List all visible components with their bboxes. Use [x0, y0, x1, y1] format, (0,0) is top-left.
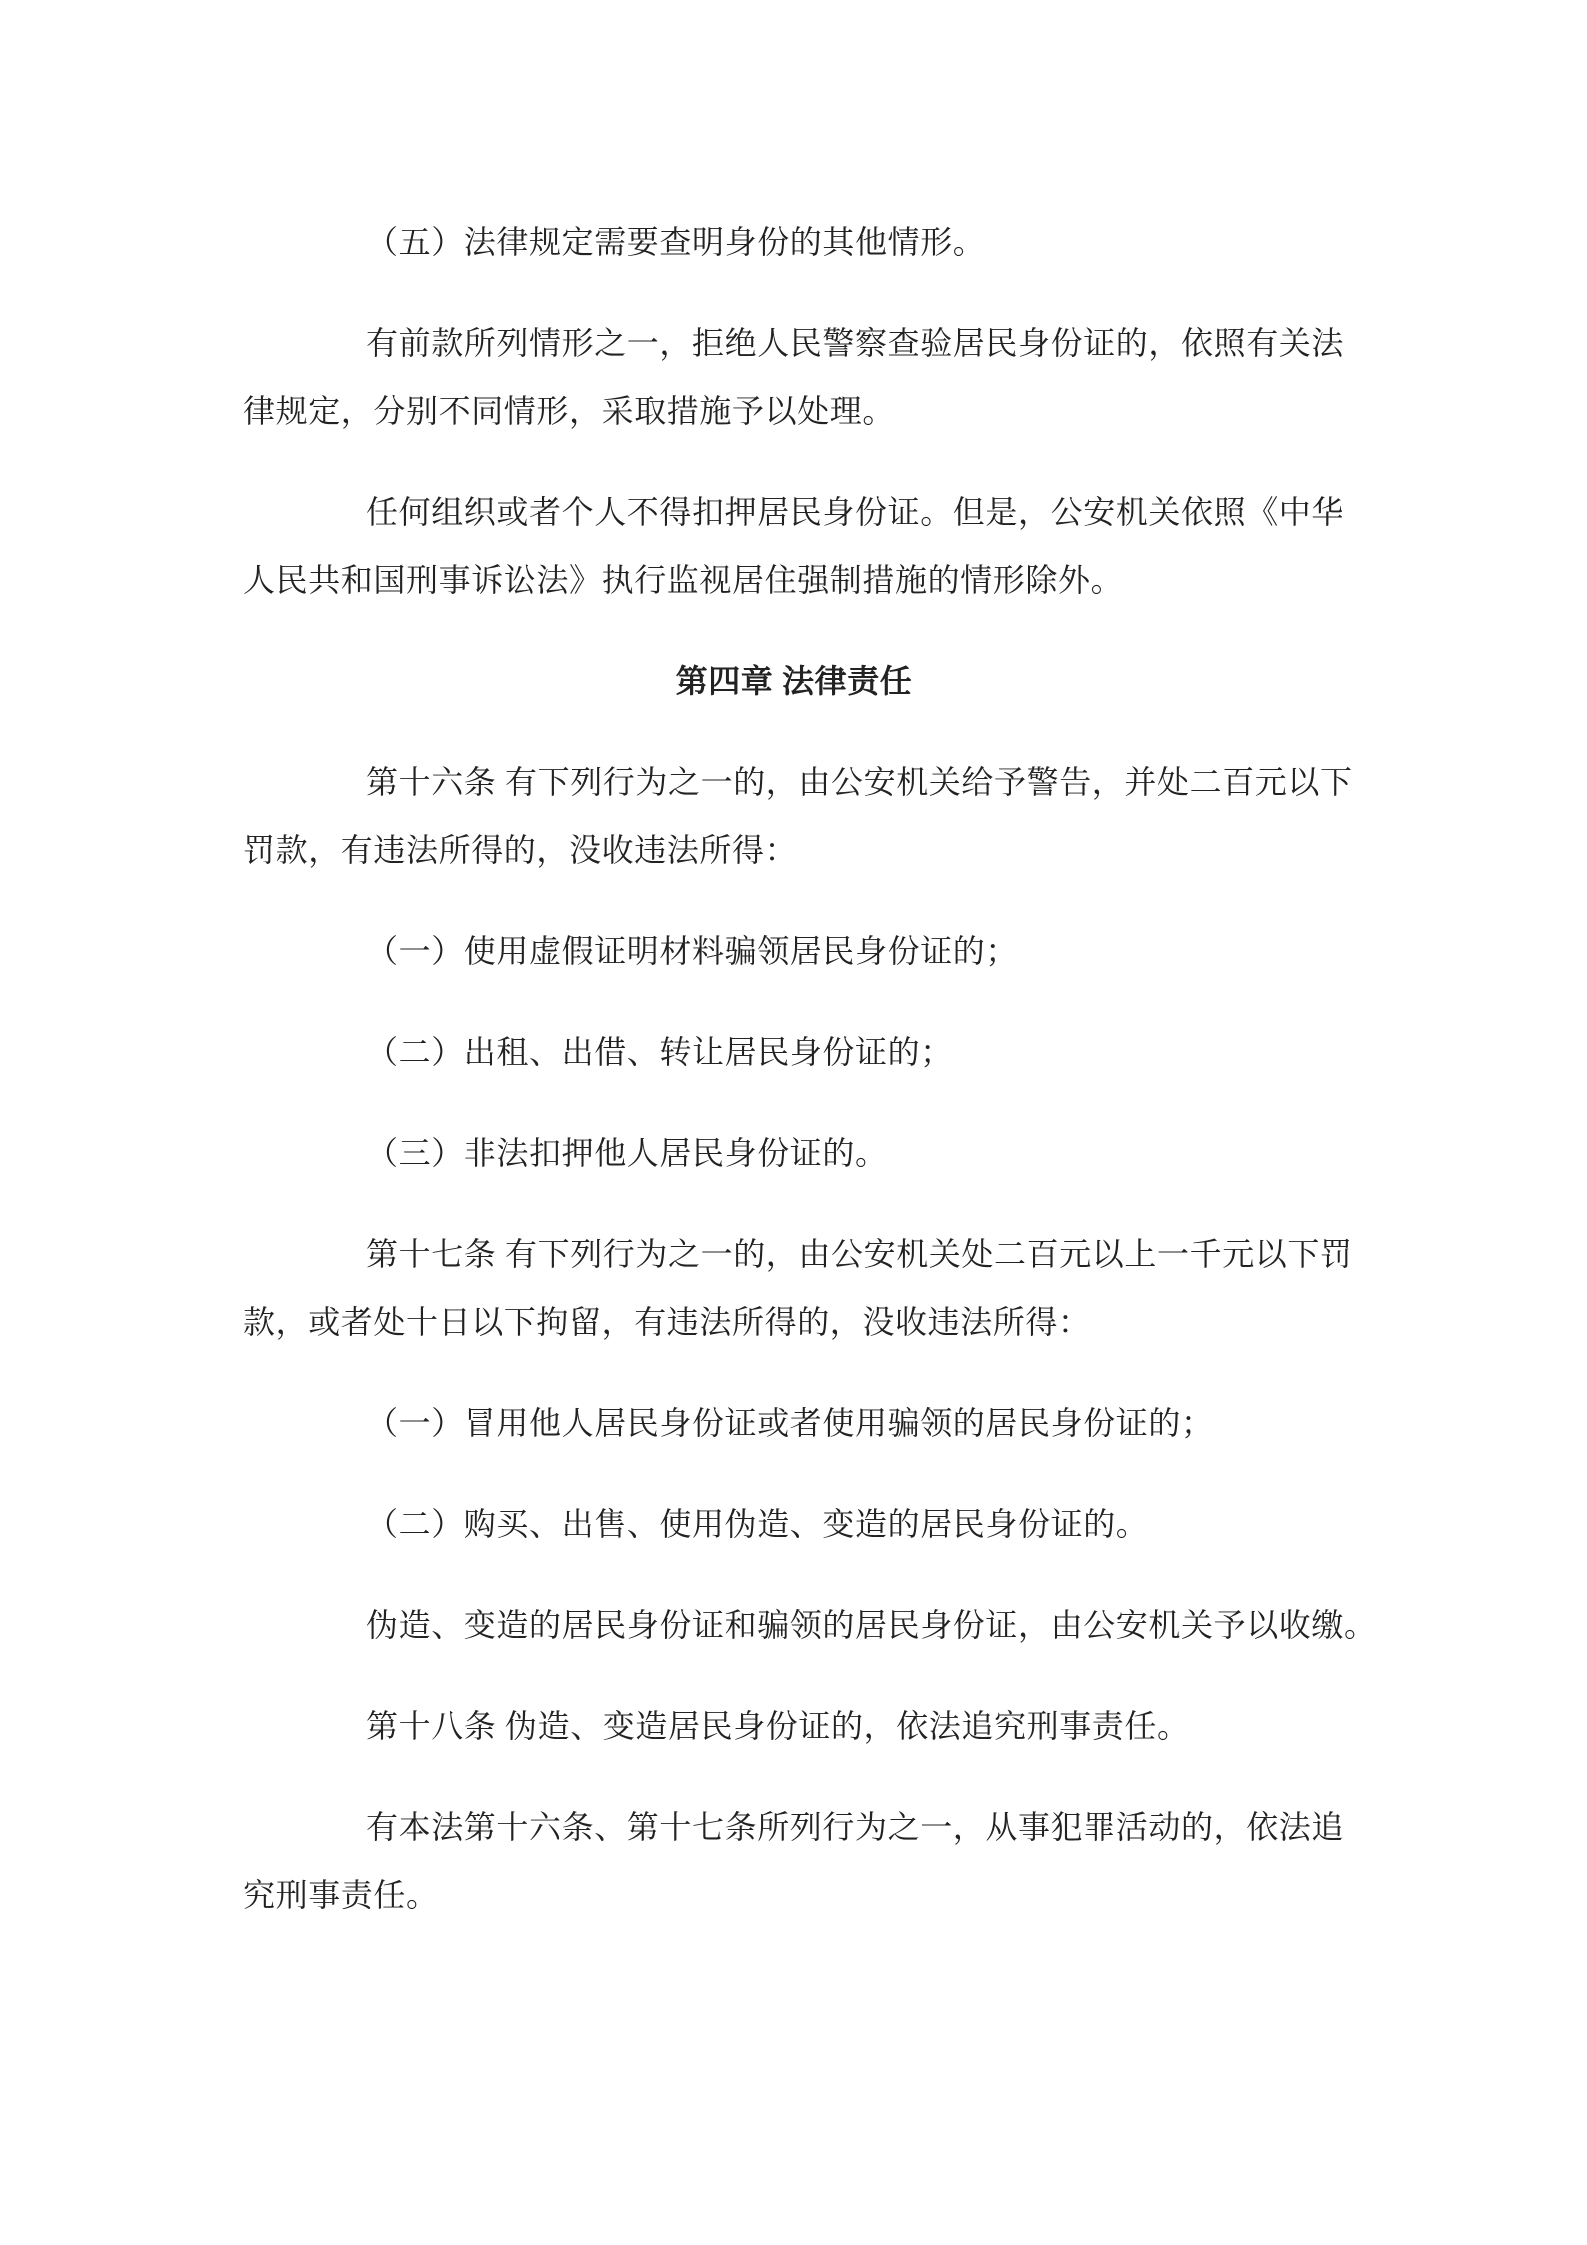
- text-line: （二）购买、出售、使用伪造、变造的居民身份证的。: [243, 1490, 1345, 1558]
- paragraph: 第十七条 有下列行为之一的，由公安机关处二百元以上一千元以下罚款，或者处十日以下…: [243, 1220, 1345, 1356]
- chapter-heading: 第四章 法律责任: [243, 647, 1345, 715]
- paragraph: （一）冒用他人居民身份证或者使用骗领的居民身份证的；: [243, 1389, 1345, 1457]
- paragraph: 伪造、变造的居民身份证和骗领的居民身份证，由公安机关予以收缴。: [243, 1591, 1345, 1659]
- text-line: （一）冒用他人居民身份证或者使用骗领的居民身份证的；: [243, 1389, 1345, 1457]
- paragraph: 有前款所列情形之一，拒绝人民警察查验居民身份证的，依照有关法律规定，分别不同情形…: [243, 309, 1345, 445]
- text-line: 有前款所列情形之一，拒绝人民警察查验居民身份证的，依照有关法: [243, 309, 1345, 377]
- text-line: 伪造、变造的居民身份证和骗领的居民身份证，由公安机关予以收缴。: [243, 1591, 1345, 1659]
- paragraph: （一）使用虚假证明材料骗领居民身份证的；: [243, 917, 1345, 985]
- paragraph: 第十六条 有下列行为之一的，由公安机关给予警告，并处二百元以下罚款，有违法所得的…: [243, 748, 1345, 884]
- document-page: （五）法律规定需要查明身份的其他情形。有前款所列情形之一，拒绝人民警察查验居民身…: [0, 0, 1587, 2245]
- paragraph: 任何组织或者个人不得扣押居民身份证。但是，公安机关依照《中华人民共和国刑事诉讼法…: [243, 478, 1345, 614]
- text-line: （五）法律规定需要查明身份的其他情形。: [243, 208, 1345, 276]
- text-line: （一）使用虚假证明材料骗领居民身份证的；: [243, 917, 1345, 985]
- paragraph: （二）购买、出售、使用伪造、变造的居民身份证的。: [243, 1490, 1345, 1558]
- paragraph: （五）法律规定需要查明身份的其他情形。: [243, 208, 1345, 276]
- text-line: 律规定，分别不同情形，采取措施予以处理。: [243, 377, 1345, 445]
- paragraph: （三）非法扣押他人居民身份证的。: [243, 1119, 1345, 1187]
- text-line: 第十七条 有下列行为之一的，由公安机关处二百元以上一千元以下罚: [243, 1220, 1345, 1288]
- text-line: 罚款，有违法所得的，没收违法所得：: [243, 816, 1345, 884]
- text-line: 第十八条 伪造、变造居民身份证的，依法追究刑事责任。: [243, 1692, 1345, 1760]
- document-body: （五）法律规定需要查明身份的其他情形。有前款所列情形之一，拒绝人民警察查验居民身…: [243, 208, 1345, 1929]
- text-line: 究刑事责任。: [243, 1861, 1345, 1929]
- text-line: 任何组织或者个人不得扣押居民身份证。但是，公安机关依照《中华: [243, 478, 1345, 546]
- paragraph: （二）出租、出借、转让居民身份证的；: [243, 1018, 1345, 1086]
- text-line: 人民共和国刑事诉讼法》执行监视居住强制措施的情形除外。: [243, 546, 1345, 614]
- text-line: 有本法第十六条、第十七条所列行为之一，从事犯罪活动的，依法追: [243, 1793, 1345, 1861]
- paragraph: 有本法第十六条、第十七条所列行为之一，从事犯罪活动的，依法追究刑事责任。: [243, 1793, 1345, 1929]
- paragraph: 第十八条 伪造、变造居民身份证的，依法追究刑事责任。: [243, 1692, 1345, 1760]
- text-line: 第十六条 有下列行为之一的，由公安机关给予警告，并处二百元以下: [243, 748, 1345, 816]
- text-line: 款，或者处十日以下拘留，有违法所得的，没收违法所得：: [243, 1288, 1345, 1356]
- text-line: （三）非法扣押他人居民身份证的。: [243, 1119, 1345, 1187]
- chapter-heading-text: 第四章 法律责任: [243, 647, 1345, 715]
- text-line: （二）出租、出借、转让居民身份证的；: [243, 1018, 1345, 1086]
